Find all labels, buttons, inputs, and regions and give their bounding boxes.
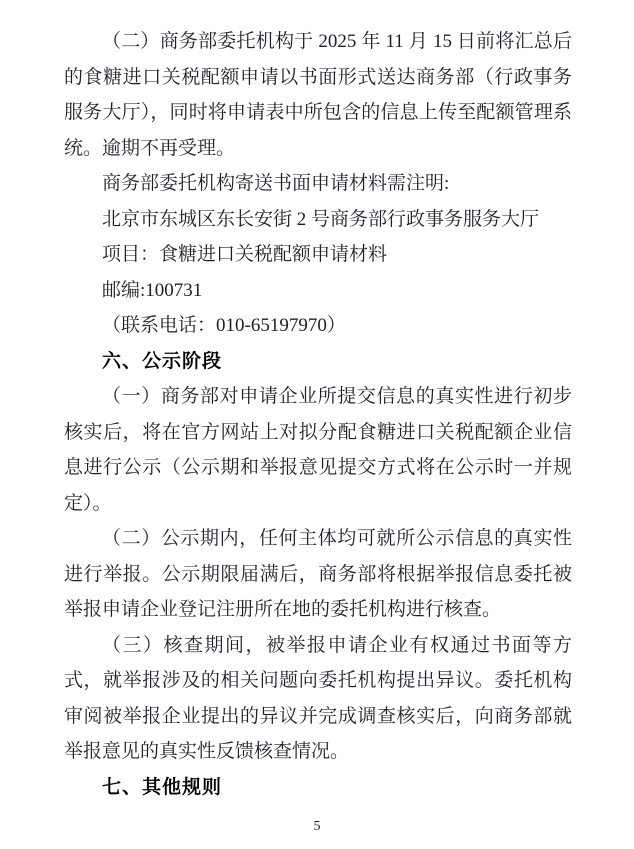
paragraph: （三）核查期间，被举报申请企业有权通过书面等方式，就举报涉及的相关问题向委托机构… [64,628,572,770]
paragraph: （二）公示期内，任何主体均可就所公示信息的真实性进行举报。公示期限届满后，商务部… [64,521,572,628]
paragraph: 北京市东城区东长安街 2 号商务部行政事务服务大厅 [64,202,572,238]
section-heading: 六、公示阶段 [64,344,572,380]
paragraph: （二）商务部委托机构于 2025 年 11 月 15 日前将汇总后的食糖进口关税… [64,24,572,166]
section-heading: 七、其他规则 [64,770,572,806]
paragraph: 项目：食糖进口关税配额申请材料 [64,237,572,273]
document-page: （二）商务部委托机构于 2025 年 11 月 15 日前将汇总后的食糖进口关税… [0,0,634,849]
document-body: （二）商务部委托机构于 2025 年 11 月 15 日前将汇总后的食糖进口关税… [64,24,572,805]
page-number: 5 [0,818,634,836]
paragraph: （联系电话：010-65197970） [64,308,572,344]
paragraph: （一）商务部对申请企业所提交信息的真实性进行初步核实后，将在官方网站上对拟分配食… [64,379,572,521]
paragraph: 商务部委托机构寄送书面申请材料需注明: [64,166,572,202]
paragraph: 邮编:100731 [64,273,572,309]
